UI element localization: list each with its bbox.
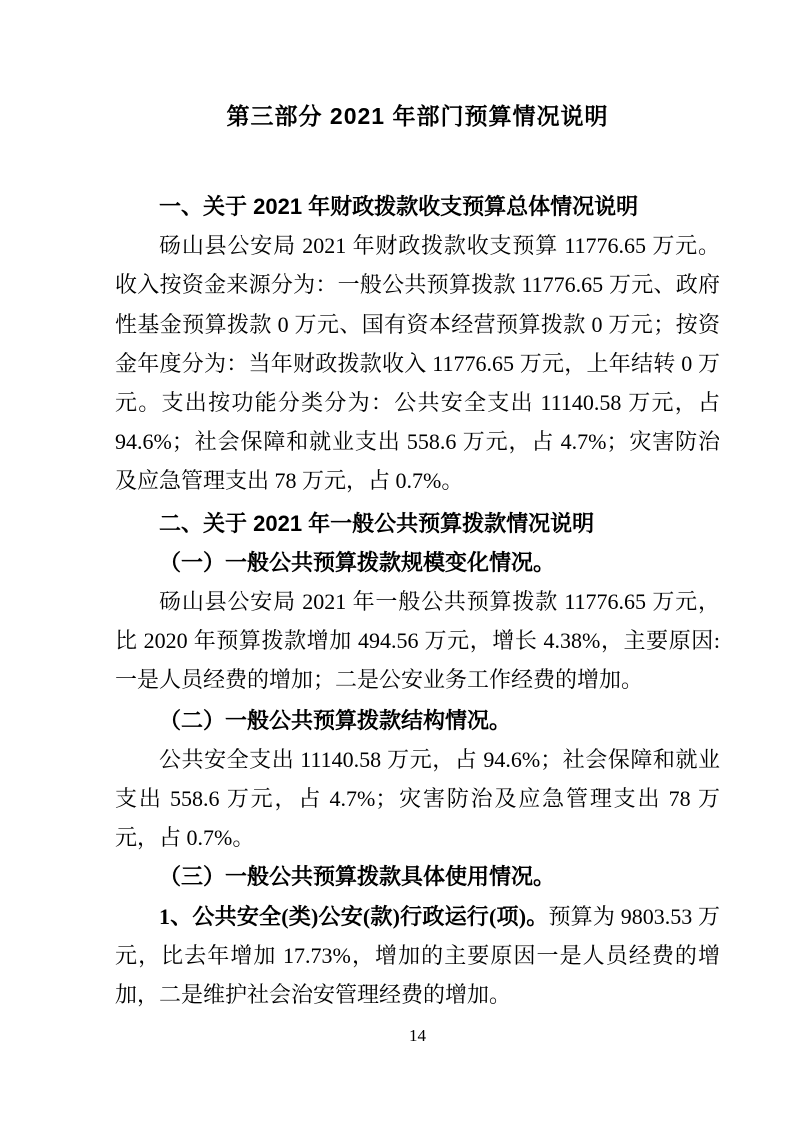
- subsection-1-heading: （一）一般公共预算拨款规模变化情况。: [115, 543, 720, 582]
- subsection-2-heading: （二）一般公共预算拨款结构情况。: [115, 701, 720, 740]
- section-1-heading: 一、关于 2021 年财政拨款收支预算总体情况说明: [115, 187, 720, 226]
- subsection-2-paragraph: 公共安全支出 11140.58 万元，占 94.6%；社会保障和就业支出 558…: [115, 740, 720, 858]
- section-1-paragraph: 砀山县公安局 2021 年财政拨款收支预算 11776.65 万元。收入按资金来…: [115, 226, 720, 500]
- item-1-lead: 1、公共安全(类)公安(款)行政运行(项)。: [159, 904, 548, 929]
- subsection-1-paragraph: 砀山县公安局 2021 年一般公共预算拨款 11776.65 万元，比 2020…: [115, 582, 720, 700]
- document-content: 第三部分 2021 年部门预算情况说明 一、关于 2021 年财政拨款收支预算总…: [115, 0, 720, 1046]
- subsection-3-heading: （三）一般公共预算拨款具体使用情况。: [115, 857, 720, 896]
- page-title: 第三部分 2021 年部门预算情况说明: [115, 98, 720, 134]
- section-2-heading: 二、关于 2021 年一般公共预算拨款情况说明: [115, 504, 720, 543]
- page-number: 14: [115, 1026, 720, 1046]
- document-page: 第三部分 2021 年部门预算情况说明 一、关于 2021 年财政拨款收支预算总…: [0, 0, 793, 1122]
- item-1-paragraph: 1、公共安全(类)公安(款)行政运行(项)。预算为 9803.53 万元，比去年…: [115, 897, 720, 1015]
